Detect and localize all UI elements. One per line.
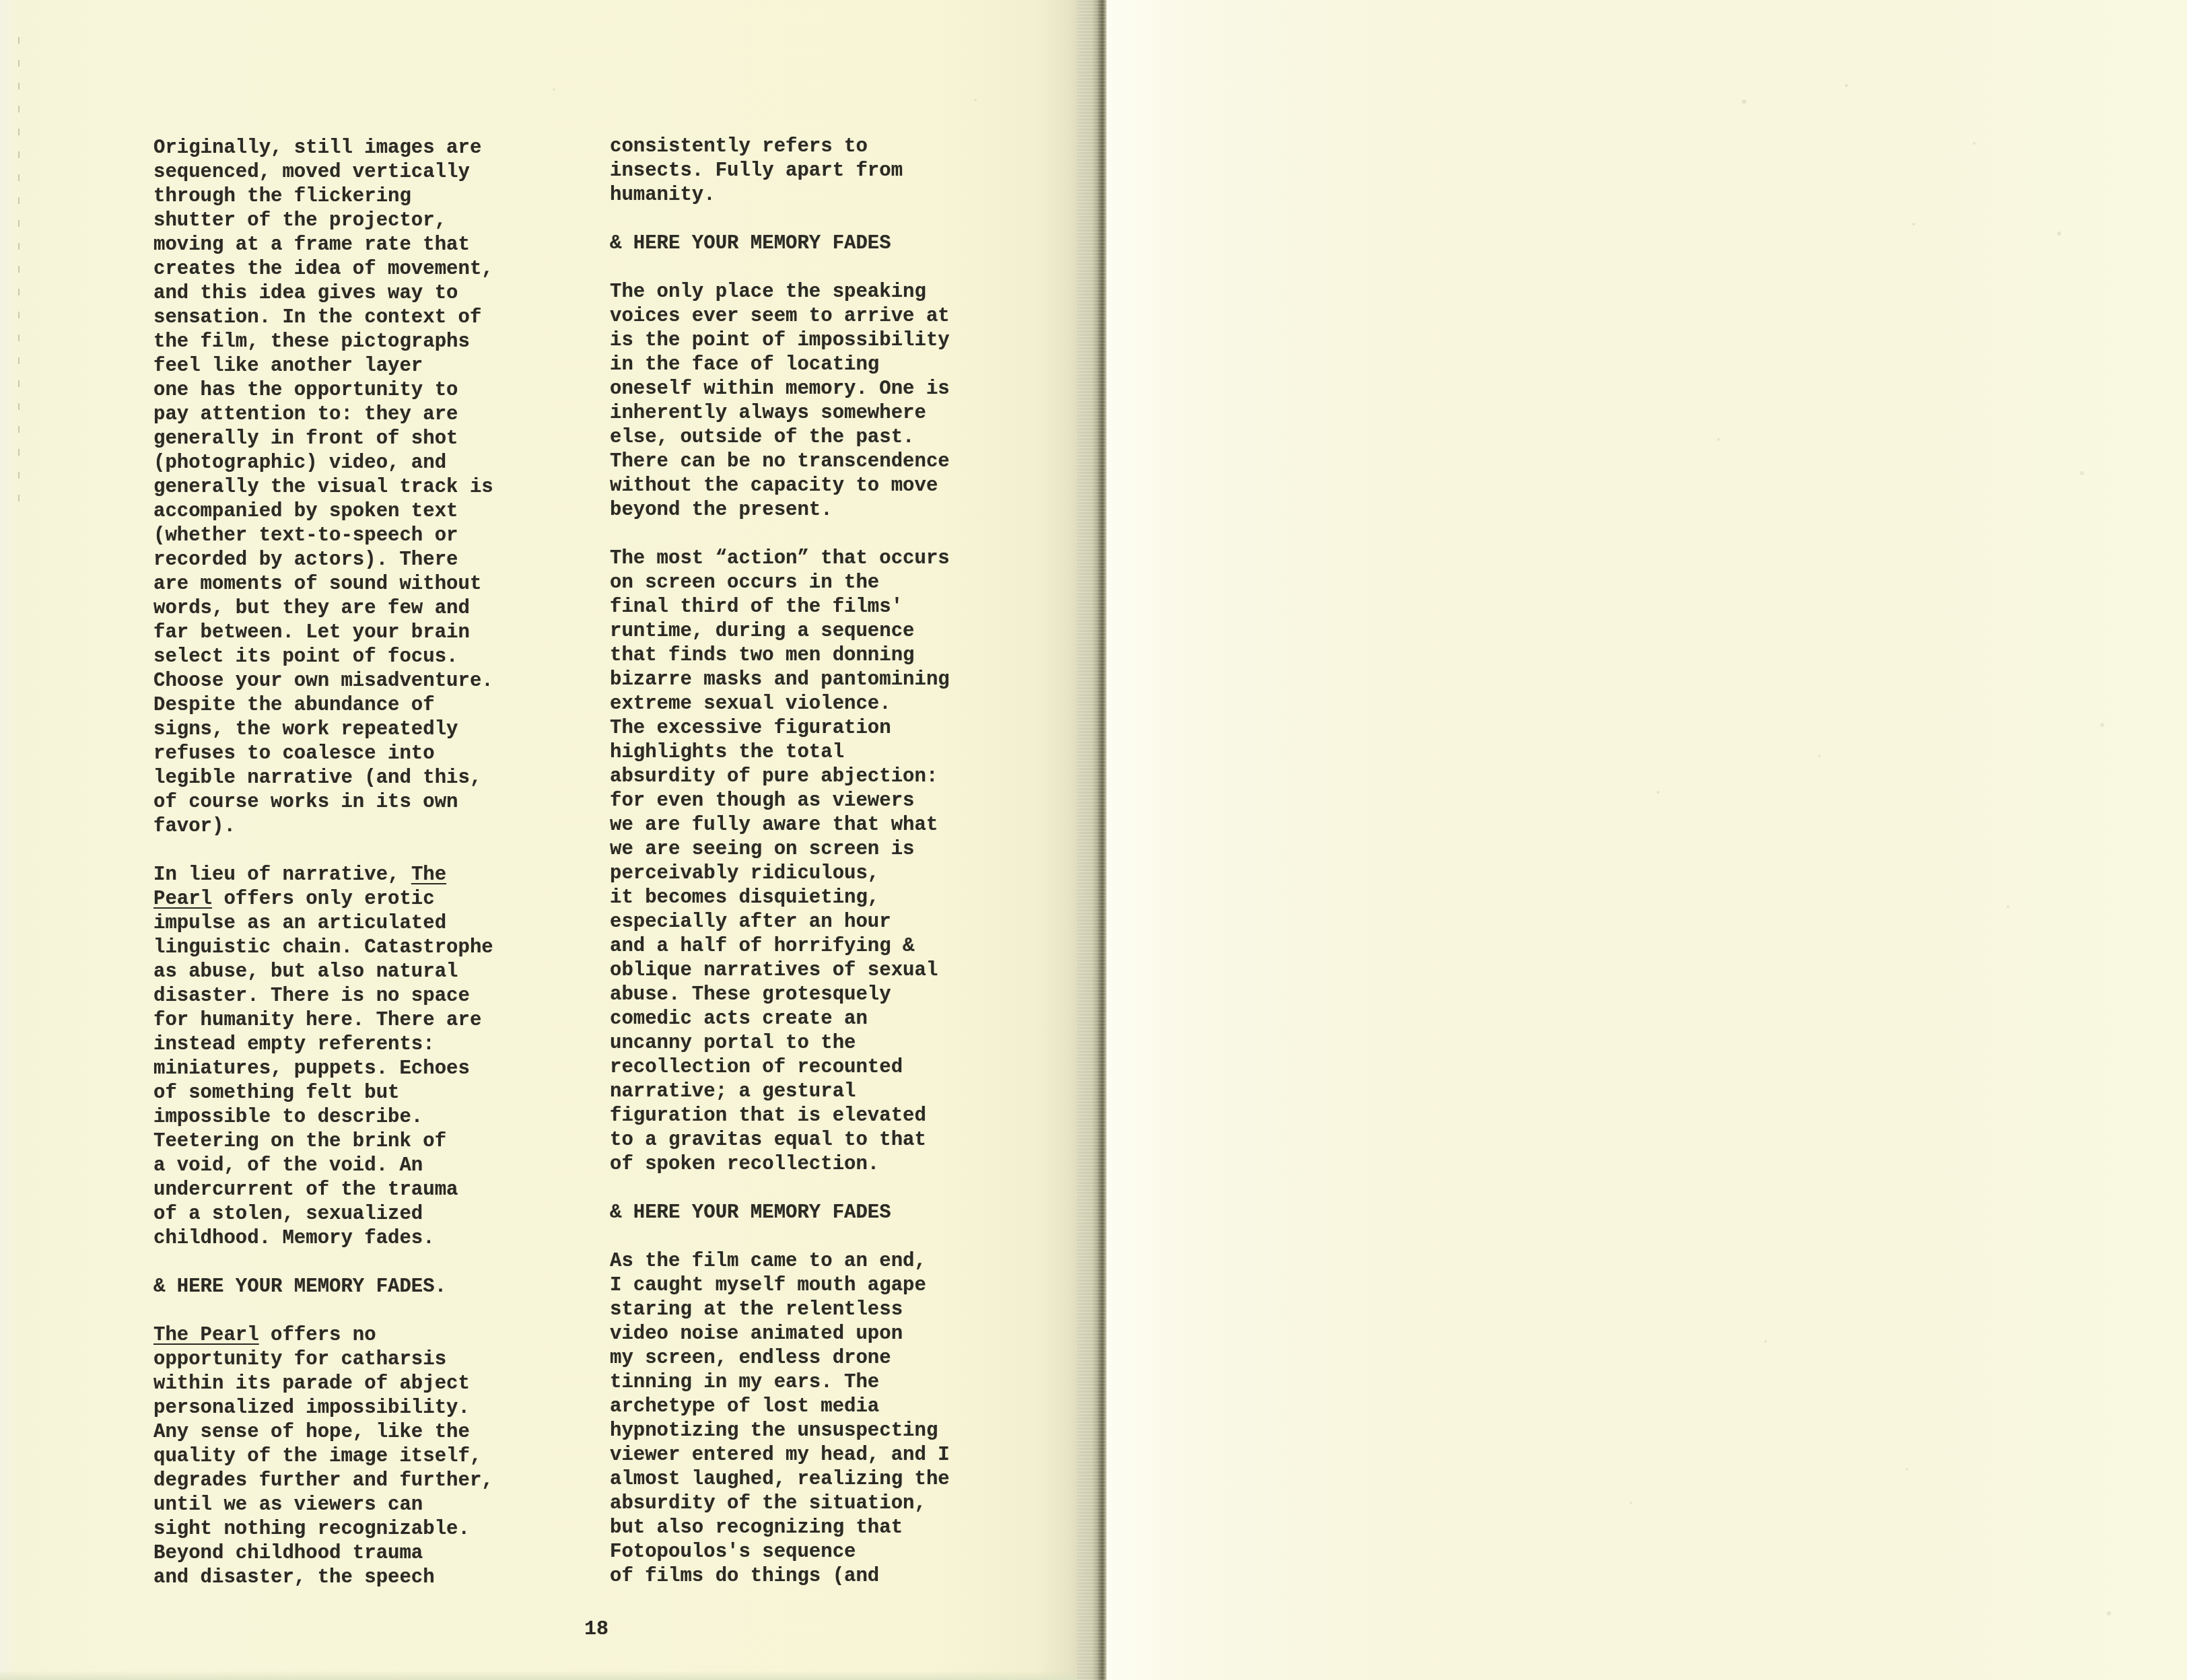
section-heading: & HERE YOUR MEMORY FADES (610, 232, 950, 256)
page-number-left: 18 (584, 1618, 609, 1641)
section-heading: & HERE YOUR MEMORY FADES (610, 1201, 950, 1225)
left-page-column-2: consistently refers toinsects. Fully apa… (610, 135, 950, 1613)
book-spine-fold (1077, 0, 1107, 1680)
left-page-crease (18, 37, 20, 508)
paragraph: In lieu of narrative, The Pearl offers o… (153, 863, 493, 1251)
right-page: have a capacity to insistupon a corporea… (1107, 0, 2187, 1680)
paragraph: Originally, still images aresequenced, m… (153, 136, 493, 839)
paragraph: consistently refers toinsects. Fully apa… (610, 135, 950, 207)
scan-dust-specks (0, 0, 1, 1)
paragraph: As the film came to an end,I caught myse… (610, 1249, 950, 1588)
zine-spread: Originally, still images aresequenced, m… (0, 0, 2187, 1680)
paragraph: The most “action” that occurson screen o… (610, 547, 950, 1177)
left-page: Originally, still images aresequenced, m… (0, 0, 1077, 1680)
left-page-column-1: Originally, still images aresequenced, m… (153, 136, 493, 1614)
paragraph: The Pearl offers noopportunity for catha… (153, 1323, 493, 1590)
section-heading: & HERE YOUR MEMORY FADES. (153, 1275, 493, 1299)
paragraph: The only place the speakingvoices ever s… (610, 280, 950, 522)
